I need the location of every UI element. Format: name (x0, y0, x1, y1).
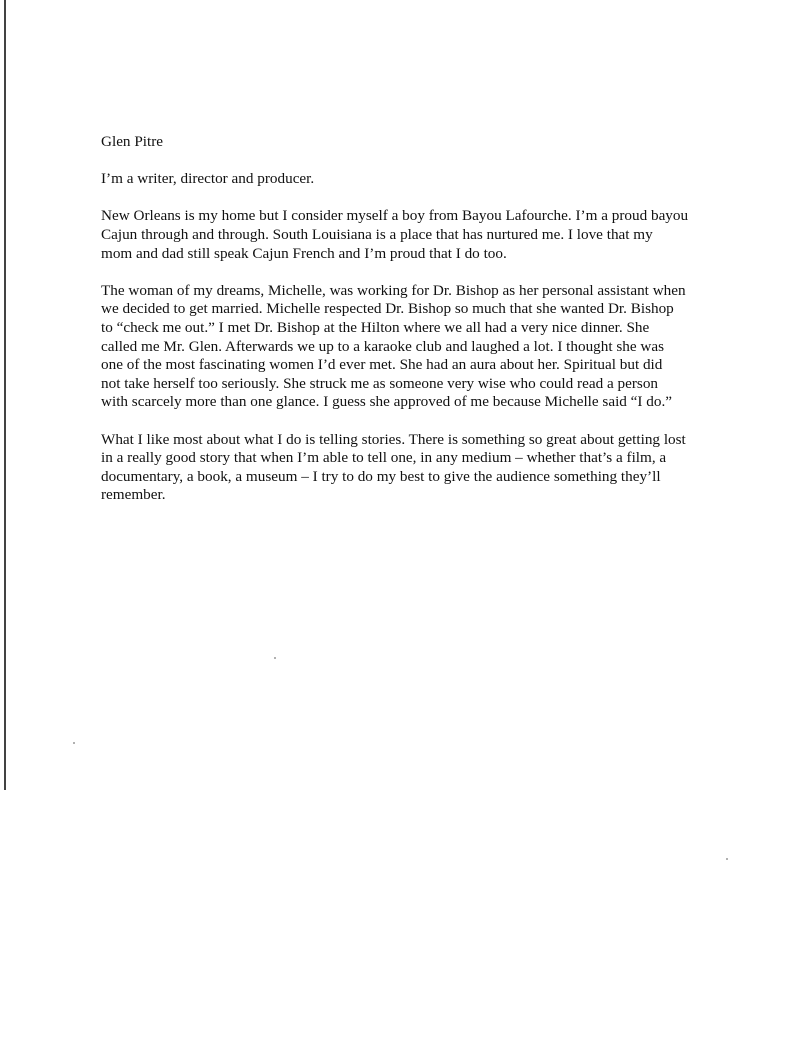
paragraph-line: New Orleans is my home but I consider my… (101, 207, 741, 226)
paragraph: The woman of my dreams, Michelle, was wo… (101, 282, 741, 412)
author-heading: Glen Pitre (101, 133, 741, 152)
paragraph-line: with scarcely more than one glance. I gu… (101, 393, 741, 412)
paragraph: New Orleans is my home but I consider my… (101, 207, 741, 263)
paragraph-line: mom and dad still speak Cajun French and… (101, 245, 741, 264)
paragraph-line: remember. (101, 486, 741, 505)
paragraph-line: to “check me out.” I met Dr. Bishop at t… (101, 319, 741, 338)
paragraph-line: in a really good story that when I’m abl… (101, 449, 741, 468)
paragraph-line: not take herself too seriously. She stru… (101, 375, 741, 394)
document-page: Glen Pitre I’m a writer, director and pr… (101, 133, 741, 523)
paragraph-line: The woman of my dreams, Michelle, was wo… (101, 282, 741, 301)
paragraph-line: documentary, a book, a museum – I try to… (101, 468, 741, 487)
paragraph-line: Cajun through and through. South Louisia… (101, 226, 741, 245)
scan-speck (73, 742, 75, 744)
scan-speck (274, 657, 276, 659)
scan-speck (726, 858, 728, 860)
document-body: I’m a writer, director and producer.New … (101, 170, 741, 505)
paragraph: I’m a writer, director and producer. (101, 170, 741, 189)
paragraph-line: called me Mr. Glen. Afterwards we up to … (101, 338, 741, 357)
scan-edge-line (4, 0, 6, 790)
paragraph-line: we decided to get married. Michelle resp… (101, 300, 741, 319)
paragraph: What I like most about what I do is tell… (101, 431, 741, 505)
paragraph-line: one of the most fascinating women I’d ev… (101, 356, 741, 375)
paragraph-line: What I like most about what I do is tell… (101, 431, 741, 450)
paragraph-line: I’m a writer, director and producer. (101, 170, 741, 189)
